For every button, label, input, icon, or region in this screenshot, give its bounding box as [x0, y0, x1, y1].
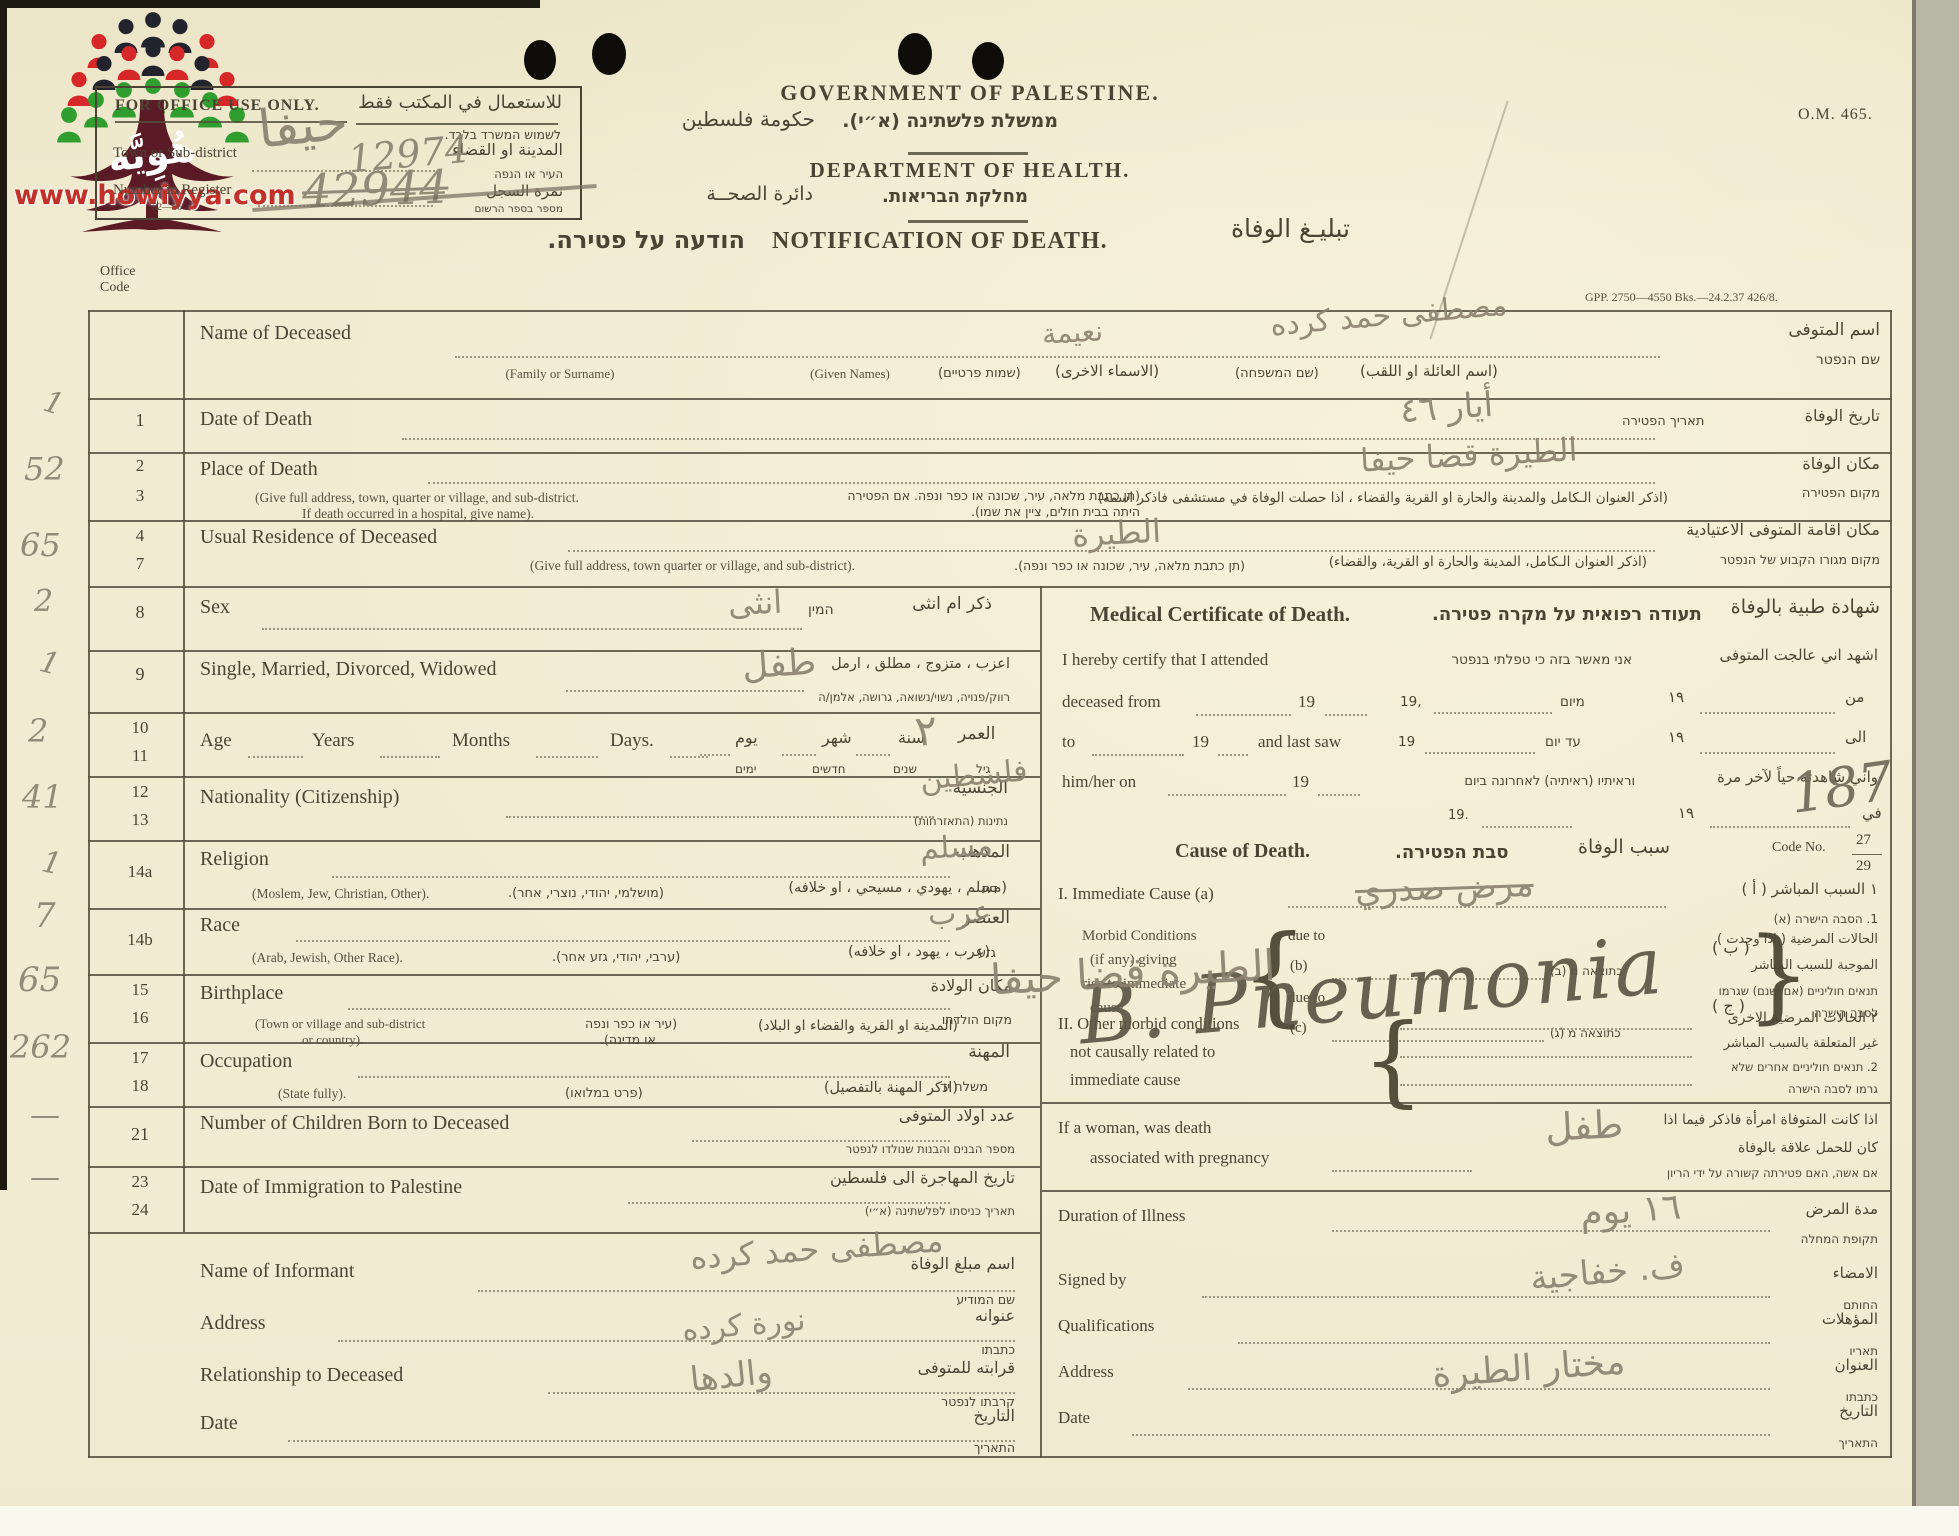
- department-title-ar: دائرة الصحــة: [658, 183, 813, 205]
- hw-name-family: مصطفى حمد كرده: [1269, 288, 1509, 344]
- hw-pregnancy: طفل: [1544, 1102, 1624, 1150]
- print-reference: GPP. 2750—4550 Bks.—24.2.37 426/8.: [1585, 290, 1778, 305]
- town-subdistrict-label: Town or Sub-district: [113, 145, 237, 162]
- hw-name-given: نعيمة: [1041, 314, 1104, 350]
- scan-edge-right-band: [1916, 0, 1959, 1536]
- hw-immediate-cause: مرض صدري: [1354, 865, 1534, 911]
- field-label-ar: اسم المتوفى: [1700, 320, 1880, 340]
- scan-edge-left: [0, 0, 7, 1190]
- punch-hole: [524, 40, 556, 80]
- office-box-title-ar: للاستعمال في المكتب فقط: [352, 92, 562, 113]
- town-subdistrict-label-he: העיר או הנפה: [455, 167, 563, 181]
- government-title: GOVERNMENT OF PALESTINE.: [760, 80, 1180, 106]
- number-register-small: 52—56: [152, 202, 182, 213]
- punch-hole: [592, 33, 626, 75]
- number-register-label: Number in Register: [113, 182, 231, 199]
- number-register-label-he: מספר בספר הרשום: [445, 203, 563, 215]
- field-label-he: שם הנפטר: [1700, 352, 1880, 368]
- hw-duration: ١٦ يوم: [1579, 1187, 1683, 1235]
- hw-town: حيفا: [255, 91, 351, 160]
- scan-edge-top: [0, 0, 540, 8]
- field-label: Name of Deceased: [200, 322, 351, 345]
- government-title-he: ממשלת פלשתינה (א״י).: [828, 110, 1058, 132]
- notification-title-ar: تبليـغ الوفاة: [1190, 214, 1350, 243]
- scanned-death-notification-form: هُوِيَّة www.howiyya.com O.M. 465. GPP. …: [0, 0, 1959, 1536]
- punch-hole: [898, 33, 932, 75]
- government-title-ar: حكومة فلسطين: [660, 107, 815, 131]
- hw-register-number-old: 42944: [301, 159, 449, 218]
- notification-title-he: הודעה על פטירה.: [470, 226, 745, 254]
- scan-edge-bottom: [0, 1506, 1959, 1536]
- notification-title: NOTIFICATION OF DEATH.: [772, 228, 1108, 255]
- form-reference: O.M. 465.: [1798, 106, 1873, 124]
- department-title: DEPARTMENT OF HEALTH.: [760, 158, 1180, 183]
- punch-hole: [972, 42, 1004, 80]
- hw-signature: ف. خفاجية: [1529, 1245, 1687, 1298]
- office-code-label: OfficeCode: [100, 264, 136, 296]
- department-title-he: מחלקת הבריאות.: [828, 186, 1028, 207]
- scan-edge-right-line: [1912, 0, 1916, 1536]
